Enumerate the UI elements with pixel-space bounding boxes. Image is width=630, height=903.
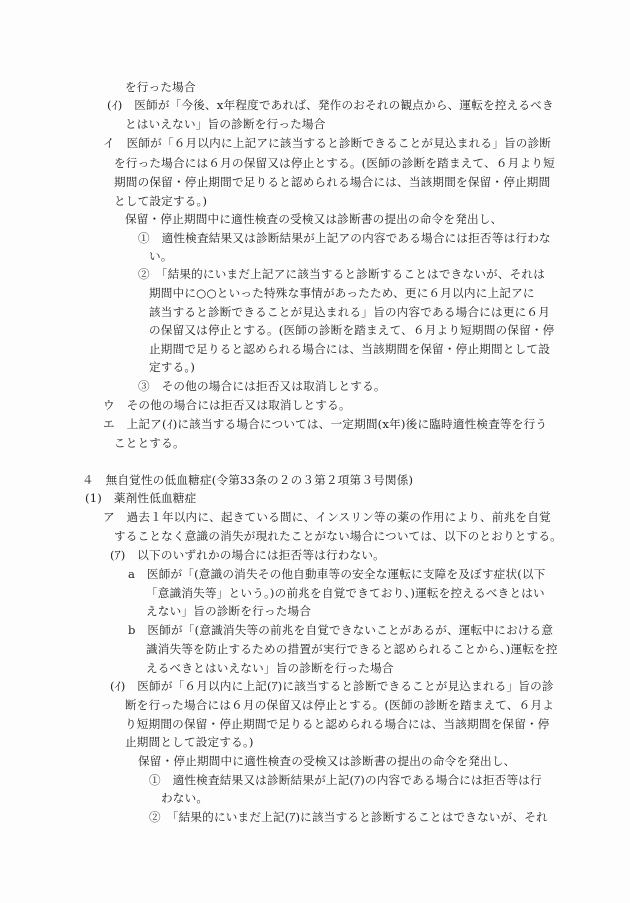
text-line: 定する。) [149, 360, 195, 374]
text-line: ① 適性検査結果又は診断結果が上記アの内容である場合には拒否等は行わな [138, 231, 551, 245]
text-line: (ｱ) 以下のいずれかの場合には拒否等は行わない。 [110, 548, 385, 562]
text-line: えない」旨の診断を行った場合 [146, 604, 311, 618]
text-line: ② 「結果的にいまだ上記アに該当すると診断することはできないが、それは [138, 267, 545, 281]
text-line: の保留又は停止とする。(医師の診断を踏まえて、６月より短期間の保留・停 [149, 323, 554, 337]
text-line: を行った場合には６月の保留又は停止とする。(医師の診断を踏まえて、６月より短 [114, 156, 555, 170]
text-line: ウ その他の場合には拒否又は取消しとする。 [103, 398, 351, 412]
text-line: 該当すると診断できることが見込まれる」旨の内容である場合には更に６月 [149, 305, 550, 319]
text-line: b 医師が「(意識消失等の前兆を自覚できないことがあるが、運転中における意 [128, 623, 553, 637]
text-line: エ 上記ア(ｲ)に該当する場合については、一定期間(x年)後に臨時適性検査等を行… [103, 417, 547, 431]
text-line: ４ 無自覚性の低血糖症(令第33条の２の３第２項第３号関係) [82, 473, 413, 487]
text-line: イ 医師が「６月以内に上記アに該当すると診断できることが見込まれる」旨の診断 [103, 136, 551, 150]
text-line: い。 [149, 249, 173, 263]
text-line: として設定する。) [114, 194, 207, 208]
text-line: ② 「結果的にいまだ上記(ｱ)に該当すると診断することはできないが、それ [149, 810, 548, 824]
text-line: 止期間として設定する。) [125, 735, 254, 749]
text-line: a 医師が「(意識の消失その他自動車等の安全な運転に支障を及ぼす症状(以下 [128, 567, 546, 581]
text-line: 期間の保留・停止期間で足りると認められる場合には、当該期間を保留・停止期間 [114, 175, 550, 189]
text-line: ア 過去１年以内に、起きている間に、インスリン等の薬の作用により、前兆を自覚 [103, 510, 551, 524]
text-line: 断を行った場合には６月の保留又は停止とする。(医師の診断を踏まえて、６月よ [125, 698, 554, 712]
text-line: (ｲ) 医師が「今後、x年程度であれば、発作のおそれの観点から、運転を控えるべき [107, 98, 554, 112]
text-line: (1) 薬剤性低血糖症 [85, 491, 196, 505]
text-line: ① 適性検査結果又は診断結果が上記(ｱ)の内容である場合には拒否等は行 [149, 773, 542, 787]
text-line: ③ その他の場合には拒否又は取消しとする。 [138, 379, 386, 393]
text-line: り短期間の保留・停止期間で足りると認められる場合には、当該期間を保留・停 [125, 717, 550, 731]
text-line: を行った場合 [125, 80, 196, 94]
text-line: 「意識消失等」という。)の前兆を自覚できており、)運転を控えるべきとはい [146, 586, 545, 600]
text-line: することなく意識の消失が現れたことがない場合については、以下のとおりとする。 [114, 529, 562, 543]
text-line: 保留・停止期間中に適性検査の受検又は診断書の提出の命令を発出し、 [138, 754, 515, 768]
text-line: (ｲ) 医師が「６月以内に上記(ｱ)に該当すると診断できることが見込まれる」旨の… [110, 679, 554, 693]
text-line: 期間中に○○といった特殊な事情があったため、更に６月以内に上記アに [149, 286, 535, 300]
text-line: とはいえない」旨の診断を行った場合 [125, 117, 326, 131]
text-line: えるべきとはいえない」旨の診断を行った場合 [146, 661, 394, 675]
text-line: 保留・停止期間中に適性検査の受検又は診断書の提出の命令を発出し、 [125, 212, 502, 226]
text-line: こととする。 [114, 436, 185, 450]
text-line: 識消失等を防止するための措置が実行できると認められることから、)運転を控 [146, 642, 558, 656]
text-line: 止期間で足りると認められる場合には、当該期間を保留・停止期間として設 [149, 342, 550, 356]
text-line: わない。 [161, 791, 208, 805]
